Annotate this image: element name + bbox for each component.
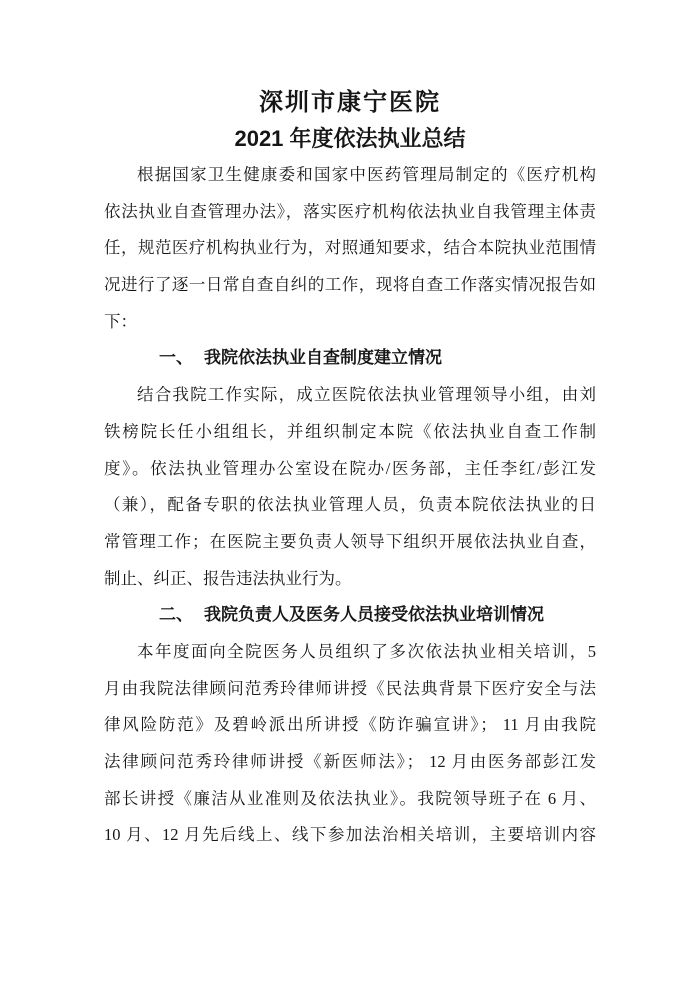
document-content: 深圳市康宁医院 2021 年度依法执业总结 根据国家卫生健康委和国家中医药管理局… [104, 85, 596, 854]
paragraph-line: 本年度面向全院医务人员组织了多次依法执业相关培训，5 [104, 634, 596, 671]
paragraph-section-2: 本年度面向全院医务人员组织了多次依法执业相关培训，5 月由我院法律顾问范秀玲律师… [104, 634, 596, 854]
paragraph-line: 结合我院工作实际，成立医院依法执业管理领导小组，由刘 [104, 377, 596, 414]
paragraph-line: 依法执业自查管理办法》，落实医疗机构依法执业自我管理主体责 [104, 194, 596, 231]
paragraph-line: 10 月、12 月先后线上、线下参加法治相关培训，主要培训内容 [104, 817, 596, 854]
section-heading-2: 二、我院负责人及医务人员接受依法执业培训情况 [104, 597, 596, 634]
section-2-title: 我院负责人及医务人员接受依法执业培训情况 [204, 605, 544, 624]
paragraph-line: （兼），配备专职的依法执业管理人员，负责本院依法执业的日 [104, 487, 596, 524]
paragraph-line: 下： [104, 304, 596, 341]
paragraph-intro: 根据国家卫生健康委和国家中医药管理局制定的《医疗机构 依法执业自查管理办法》，落… [104, 157, 596, 340]
paragraph-line: 度》。依法执业管理办公室设在院办/医务部，主任李红/彭江发 [104, 451, 596, 488]
paragraph-line: 铁榜院长任小组组长，并组织制定本院《依法执业自查工作制 [104, 414, 596, 451]
paragraph-line: 常管理工作；在医院主要负责人领导下组织开展依法执业自查， [104, 524, 596, 561]
section-2-number: 二、 [159, 605, 193, 624]
paragraph-line: 律风险防范》及碧岭派出所讲授《防诈骗宣讲》； 11 月由我院 [104, 707, 596, 744]
section-1-number: 一、 [159, 348, 193, 367]
paragraph-line: 任，规范医疗机构执业行为，对照通知要求，结合本院执业范围情 [104, 230, 596, 267]
paragraph-section-1: 结合我院工作实际，成立医院依法执业管理领导小组，由刘 铁榜院长任小组组长，并组织… [104, 377, 596, 597]
section-heading-1: 一、我院依法执业自查制度建立情况 [104, 340, 596, 377]
document-title: 深圳市康宁医院 [104, 85, 596, 121]
paragraph-line: 月由我院法律顾问范秀玲律师讲授《民法典背景下医疗安全与法 [104, 671, 596, 708]
paragraph-line: 根据国家卫生健康委和国家中医药管理局制定的《医疗机构 [104, 157, 596, 194]
section-1-title: 我院依法执业自查制度建立情况 [204, 348, 442, 367]
paragraph-line: 制止、纠正、报告违法执业行为。 [104, 561, 596, 598]
document-subtitle: 2021 年度依法执业总结 [104, 121, 596, 157]
paragraph-line: 况进行了逐一日常自查自纠的工作，现将自查工作落实情况报告如 [104, 267, 596, 304]
paragraph-line: 部长讲授《廉洁从业准则及依法执业》。我院领导班子在 6 月、 [104, 781, 596, 818]
document-page: 深圳市康宁医院 2021 年度依法执业总结 根据国家卫生健康委和国家中医药管理局… [0, 0, 700, 990]
paragraph-line: 法律顾问范秀玲律师讲授《新医师法》； 12 月由医务部彭江发 [104, 744, 596, 781]
